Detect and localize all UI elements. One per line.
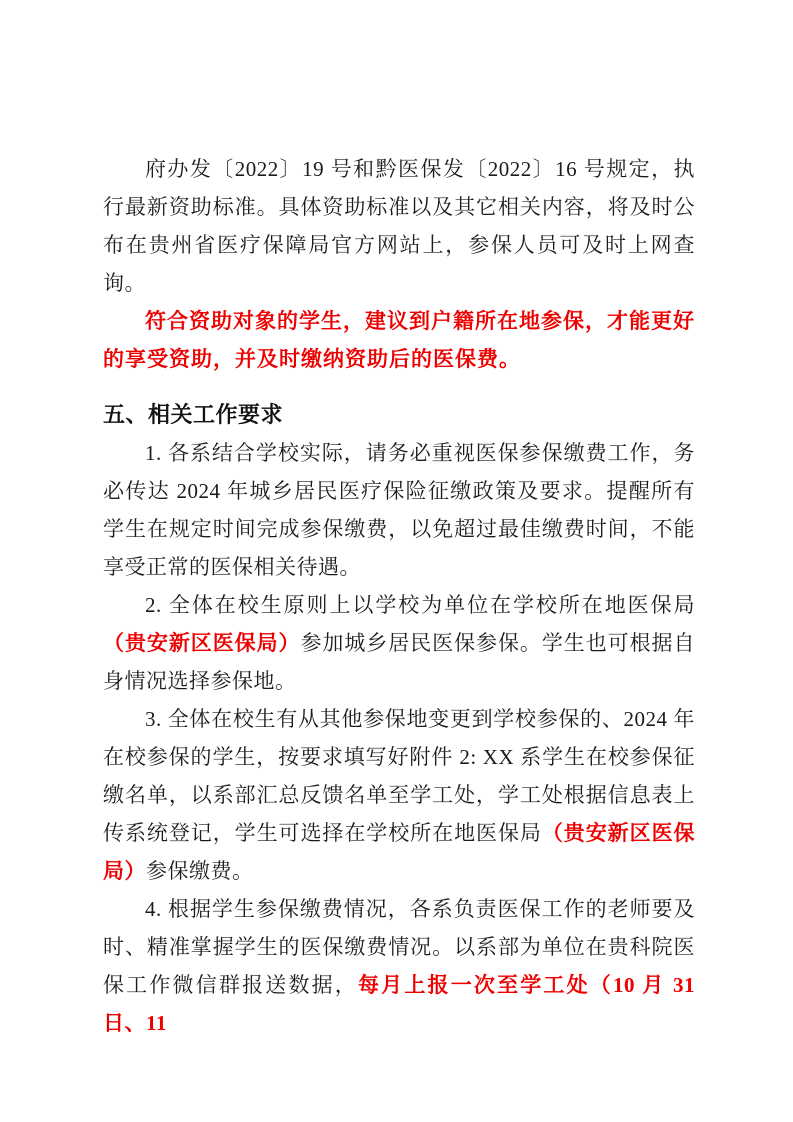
item2-text-pre: 2. 全体在校生原则上以学校为单位在学校所在地医保局 — [145, 593, 695, 617]
item1-text: 1. 各系结合学校实际，请务必重视医保参保缴费工作，务必传达 2024 年城乡居… — [103, 441, 695, 579]
item2-red-highlight: （贵安新区医保局） — [103, 631, 300, 655]
paragraph-item3: 3. 全体在校生有从其他参保地变更到学校参保的、2024 年在校参保的学生，按要… — [103, 700, 695, 890]
paragraph-item1: 1. 各系结合学校实际，请务必重视医保参保缴费工作，务必传达 2024 年城乡居… — [103, 434, 695, 586]
paragraph-funding-standard: 府办发〔2022〕19 号和黔医保发〔2022〕16 号规定，执行最新资助标准。… — [103, 150, 695, 302]
paragraph-item4: 4. 根据学生参保缴费情况，各系负责医保工作的老师要及时、精准掌握学生的医保缴费… — [103, 890, 695, 1042]
paragraph-funding-text: 府办发〔2022〕19 号和黔医保发〔2022〕16 号规定，执行最新资助标准。… — [103, 157, 695, 295]
section-heading: 五、相关工作要求 — [103, 396, 695, 434]
document-page: 府办发〔2022〕19 号和黔医保发〔2022〕16 号规定，执行最新资助标准。… — [0, 0, 793, 1122]
paragraph-item2: 2. 全体在校生原则上以学校为单位在学校所在地医保局（贵安新区医保局）参加城乡居… — [103, 586, 695, 700]
paragraph-advice-text: 符合资助对象的学生，建议到户籍所在地参保，才能更好的享受资助，并及时缴纳资助后的… — [103, 309, 695, 371]
document-content: 府办发〔2022〕19 号和黔医保发〔2022〕16 号规定，执行最新资助标准。… — [103, 150, 695, 1042]
paragraph-advice-red: 符合资助对象的学生，建议到户籍所在地参保，才能更好的享受资助，并及时缴纳资助后的… — [103, 302, 695, 378]
item3-text-post: 参保缴费。 — [146, 859, 254, 883]
